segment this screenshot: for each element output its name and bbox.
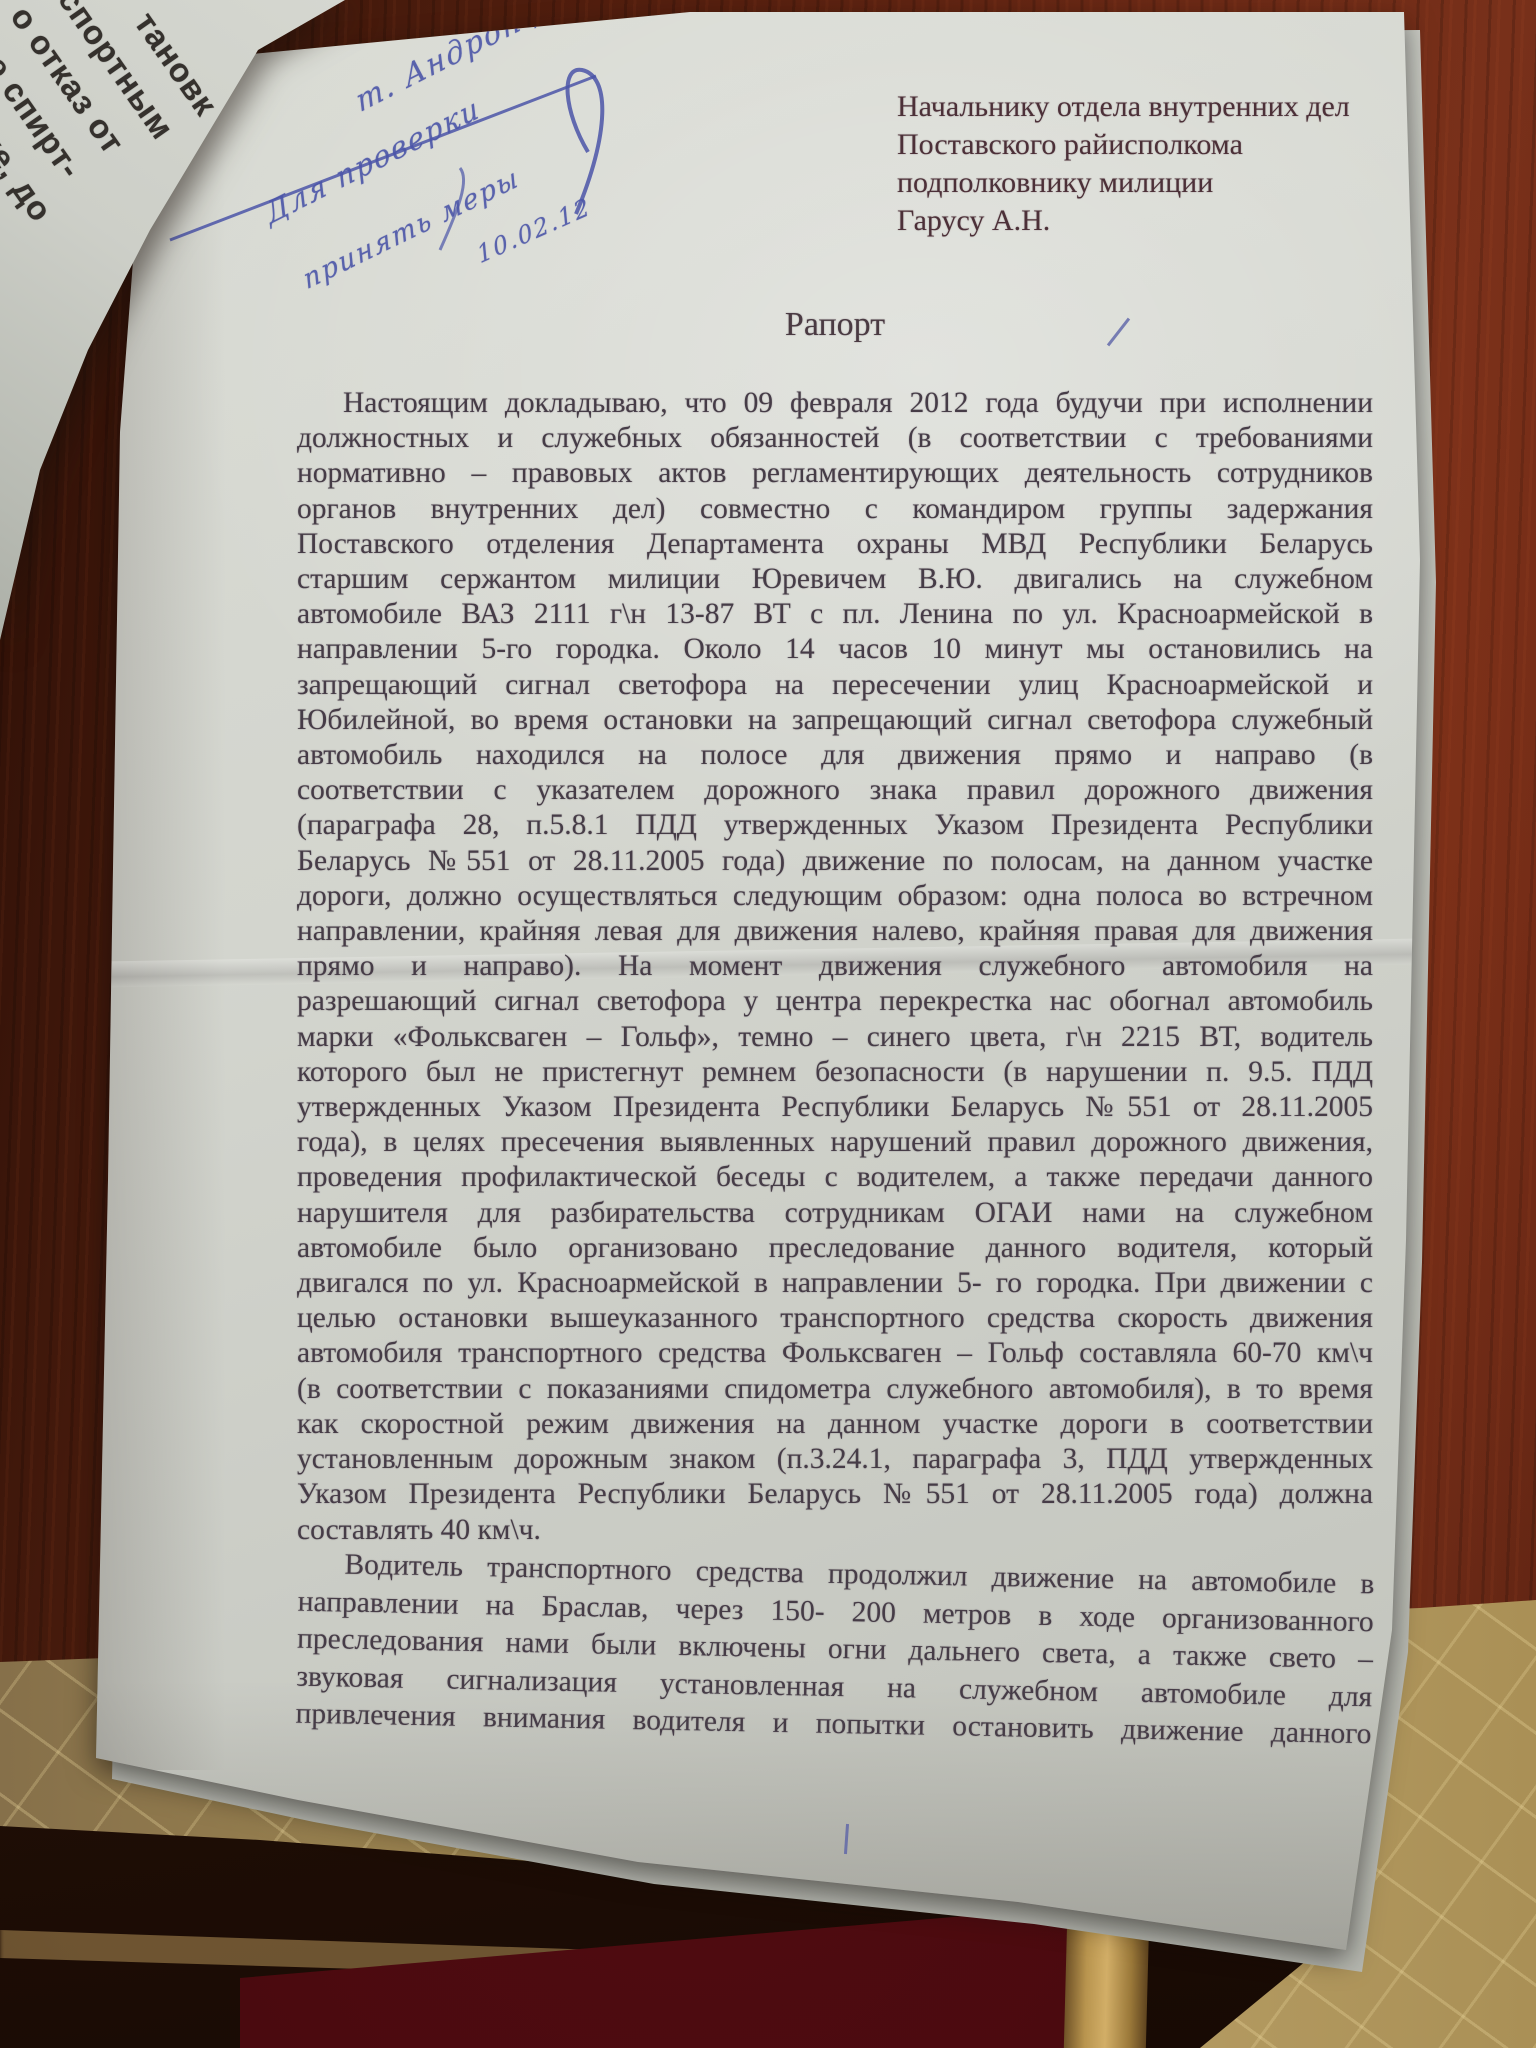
overlapping-paper: тановкспортнымо отказ отние спирт-станов… (0, 0, 420, 700)
photo-of-report-document: Начальнику отдела внутренних делПоставск… (0, 0, 1536, 2048)
overlapping-paper-text-fragments: тановкспортнымо отказ отние спирт-станов… (0, 0, 382, 483)
overlapping-paper-wrap: тановкспортнымо отказ отние спирт-станов… (0, 0, 1536, 2048)
